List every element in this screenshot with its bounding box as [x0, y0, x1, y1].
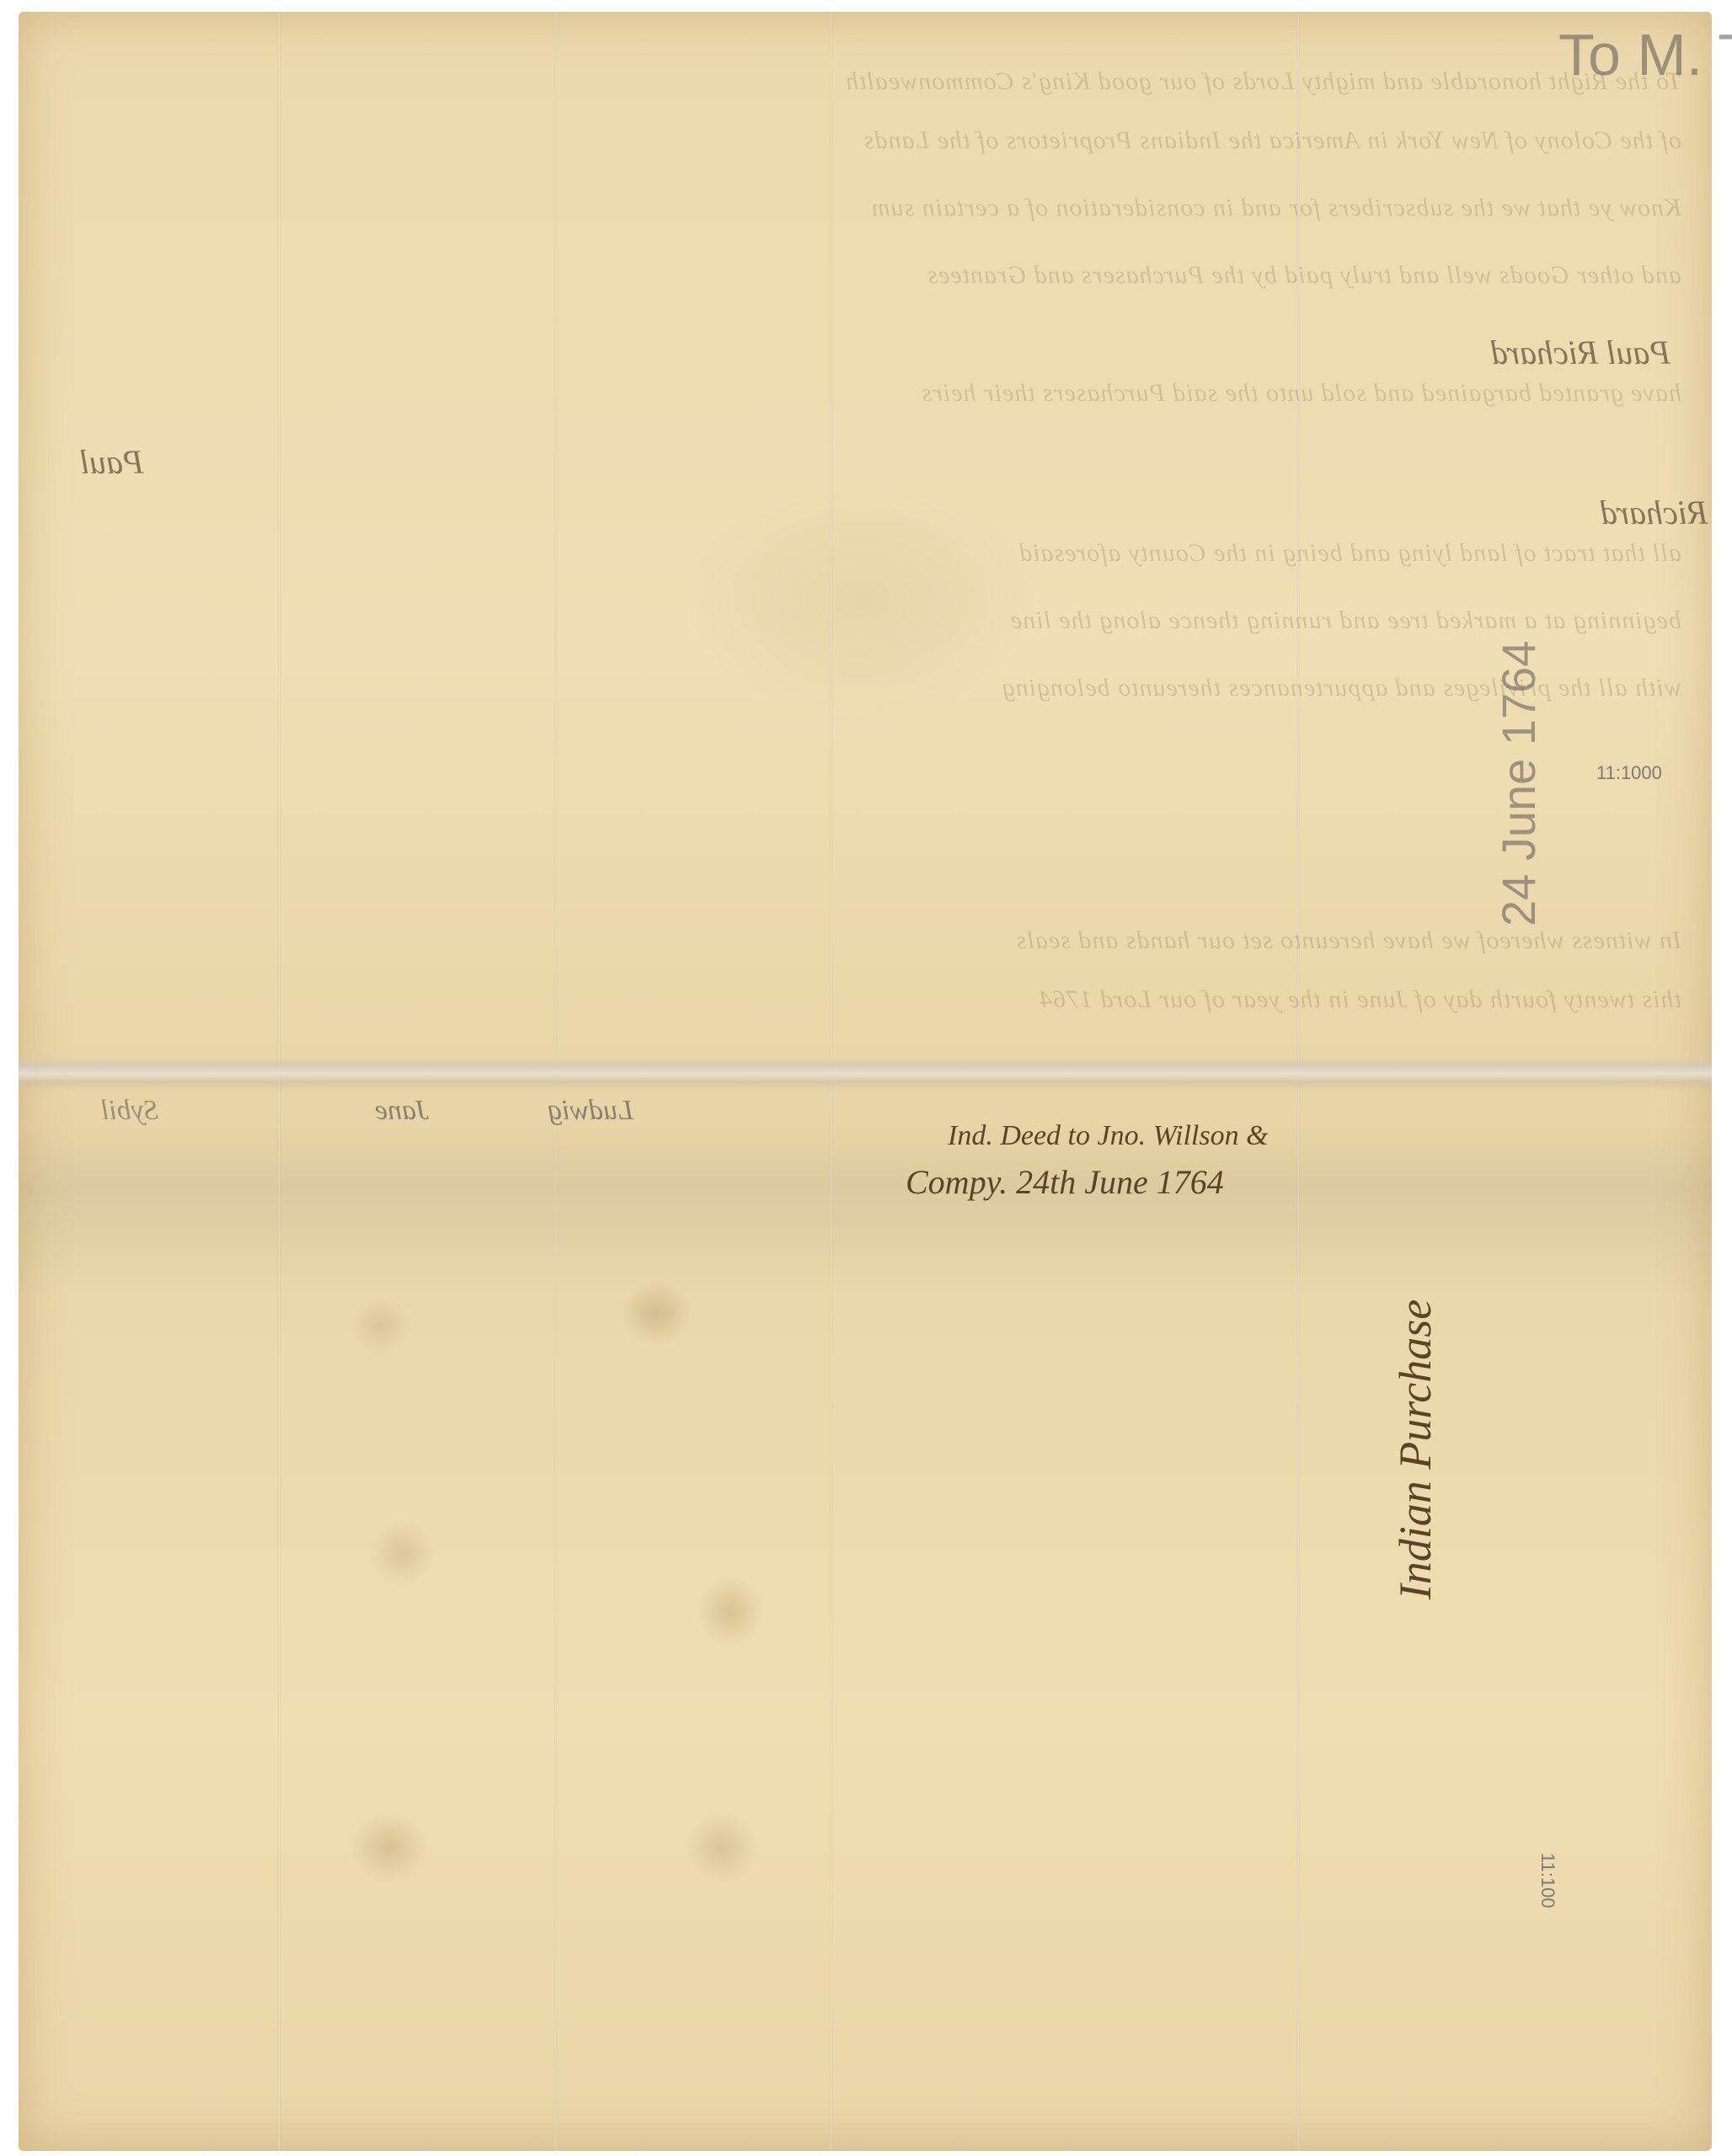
bleed-line: To the Right honorable and mighty Lords …: [51, 67, 1681, 96]
pencil-date-note: 24 June 1764: [1491, 641, 1546, 926]
pencil-catalog-number: 11:1000: [1596, 762, 1662, 784]
pencil-catalog-number-rotated: 11:100: [1537, 1853, 1558, 1908]
show-through-name: Paul: [80, 442, 144, 482]
bleed-line: have granted bargained and sold unto the…: [51, 379, 1681, 408]
show-through-seal-name: Sybil: [101, 1095, 158, 1127]
bleed-line: Know ye that we the subscribers for and …: [51, 194, 1681, 222]
bleed-line: with all the privileges and appurtenance…: [51, 674, 1681, 702]
bleed-line: this twenty fourth day of June in the ye…: [51, 985, 1681, 1014]
show-through-name: Richard: [1601, 493, 1708, 532]
bleed-line: In witness whereof we have hereunto set …: [51, 926, 1681, 955]
show-through-seal-name: Jane: [375, 1095, 429, 1127]
show-through-name: Paul Richard: [1491, 333, 1671, 372]
bleed-line: all that tract of land lying and being i…: [51, 539, 1681, 568]
bleed-line: and other Goods well and truly paid by t…: [51, 261, 1681, 290]
docket-line-1: Ind. Deed to Jno. Willson &: [948, 1120, 1269, 1152]
show-through-seal-name: Ludwig: [548, 1095, 633, 1127]
pencil-corner-mark: To M. T.: [1558, 21, 1732, 88]
horizontal-fold: [19, 1057, 1712, 1091]
vertical-docket: Indian Purchase: [1389, 1273, 1441, 1626]
docket-line-2: Compy. 24th June 1764: [906, 1162, 1224, 1202]
bleed-line: of the Colony of New York in America the…: [51, 126, 1681, 155]
bleed-line: beginning at a marked tree and running t…: [51, 606, 1681, 635]
